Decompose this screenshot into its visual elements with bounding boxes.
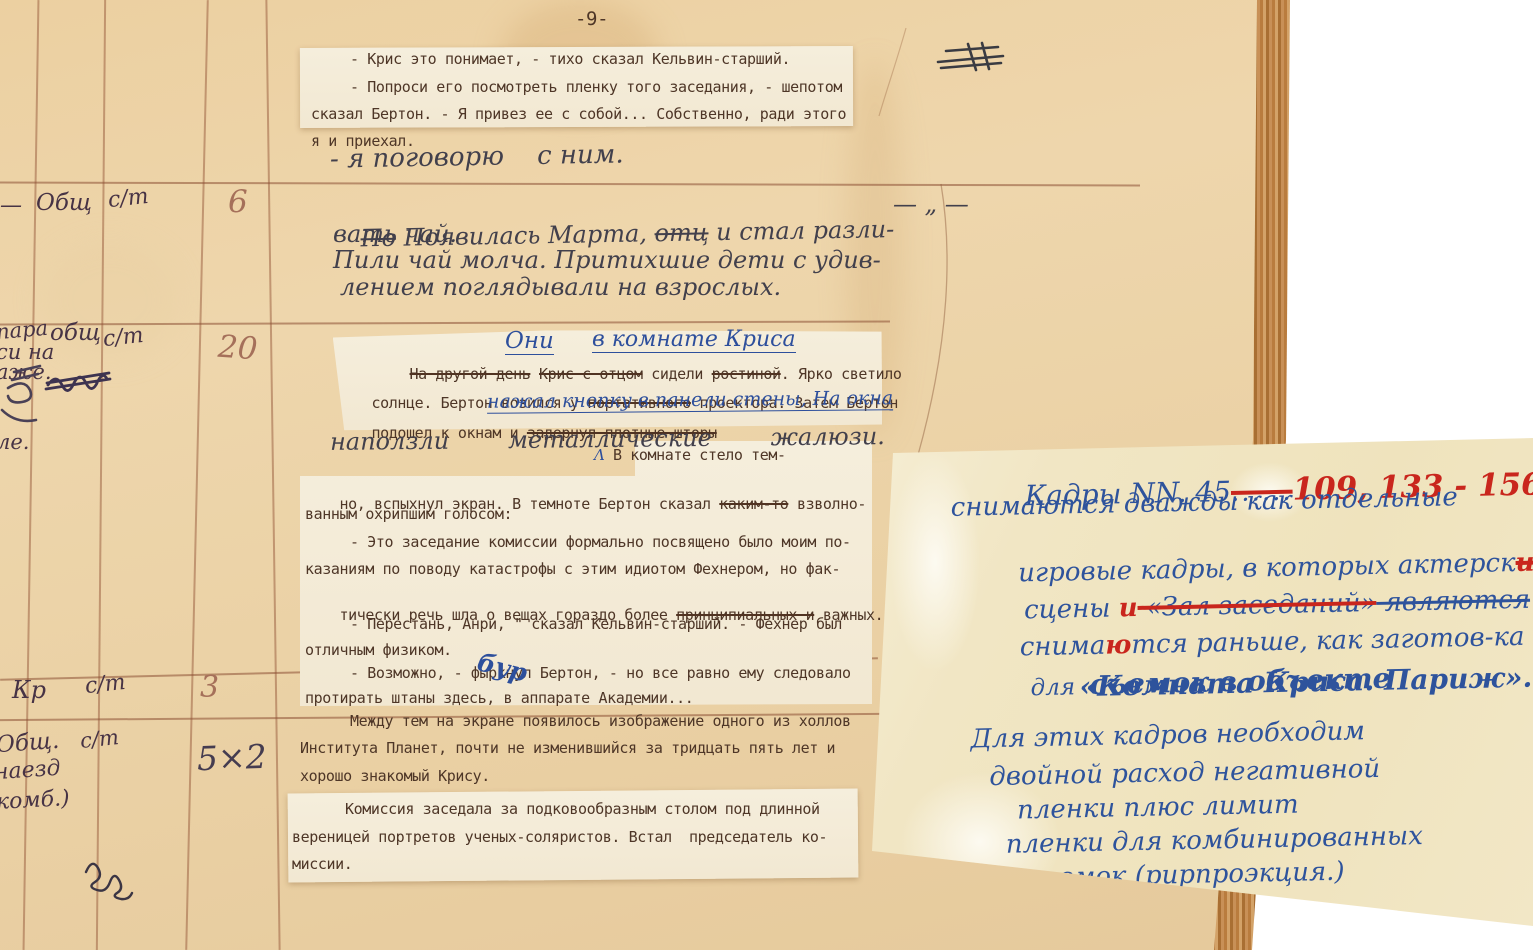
typed-line: отличным физиком.: [305, 641, 452, 659]
typed-line: ванным охрипшим голосом:: [305, 505, 512, 523]
handwritten-text: и стал разли-: [708, 215, 894, 246]
typed-line: Института Планет, почти не изменившийся …: [300, 739, 835, 757]
typed-line: - Попроси его посмотреть пленку того зас…: [350, 78, 842, 96]
margin-row3-count: 3: [200, 670, 219, 705]
typed-line: Комиссия заседала за подковообразным сто…: [345, 800, 820, 818]
insert-caret-mark: Λ: [594, 446, 605, 464]
margin-row4-extra: наезд: [0, 756, 61, 786]
handwritten-line: Пили чай молча. Притихшие дети с удив-: [333, 246, 881, 274]
margin-row2-fragment: ле.: [0, 430, 29, 454]
margin-row1-dash: —: [0, 193, 22, 218]
handwritten-insert-marks: — „ —: [893, 190, 969, 218]
typed-line: вереницей портретов ученых-соляристов. В…: [292, 828, 827, 846]
margin-row2-class: общ: [50, 320, 101, 346]
struck-word: каким-то: [719, 495, 788, 513]
handwritten-reply: - я поговорю с ним.: [330, 139, 624, 174]
margin-row4-class: Общ.: [0, 728, 60, 758]
typed-line: - Возможно, - фыркнул Бертон, - но все р…: [350, 664, 851, 682]
margin-row2-count: 20: [217, 329, 259, 368]
typed-line: хорошо знакомый Крису.: [300, 767, 490, 785]
typed-line: - Перестань, Анри, " сказал Кельвин-стар…: [350, 615, 842, 633]
scanned-script-page: -9- - Крис это понимает, - тихо сказал К…: [0, 0, 1533, 950]
typed-line: сказал Бертон. - Я привез ее с собой... …: [311, 105, 846, 123]
margin-row2-fragment: аже.: [0, 360, 52, 384]
note-line: пленки для комбинированных: [1005, 821, 1423, 860]
typed-line: В комнате стело тем-: [613, 446, 786, 464]
margin-row3-class: Кр: [12, 676, 46, 704]
typed-line: Между тем на экране появилось изображени…: [350, 712, 851, 730]
typed-line: казаниям по поводу катастрофы с этим иди…: [305, 560, 840, 578]
note-text-block: Кадры NN. 45......109, 133 - 156 снимают…: [869, 421, 1533, 935]
margin-row4-count: 5×2: [196, 737, 267, 778]
production-note-slip: Кадры NN. 45......109, 133 - 156 снимают…: [870, 432, 1533, 932]
handwritten-line: лением поглядывали на взрослых.: [340, 273, 781, 301]
margin-row1-type: с/т: [107, 184, 150, 213]
struck-word: отц: [654, 218, 708, 247]
margin-row1-class: Общ: [36, 190, 92, 216]
page-number: -9-: [575, 8, 608, 30]
handwritten-line: вать чай.: [333, 220, 457, 248]
margin-row3-type: с/т: [84, 670, 127, 699]
typed-line: - Крис это понимает, - тихо сказал Кельв…: [350, 50, 790, 68]
typed-text: взволно-: [788, 495, 866, 513]
margin-row1-count: 6: [228, 184, 248, 220]
typed-line: миссии.: [292, 855, 352, 873]
margin-row4-extra: комб.): [0, 786, 70, 815]
typed-line: - Это заседание комиссии формально посвя…: [350, 533, 851, 551]
note-line: пленки плюс лимит: [1017, 790, 1299, 826]
typed-line: протирать штаны здесь, в аппарате Академ…: [305, 689, 693, 707]
note-line: двойной расход негативной: [989, 754, 1380, 792]
margin-row2-type: с/т: [102, 323, 145, 352]
margin-row4-type: с/т: [79, 725, 120, 753]
handwritten-line: наползли металлические жалюзи.: [330, 422, 885, 456]
